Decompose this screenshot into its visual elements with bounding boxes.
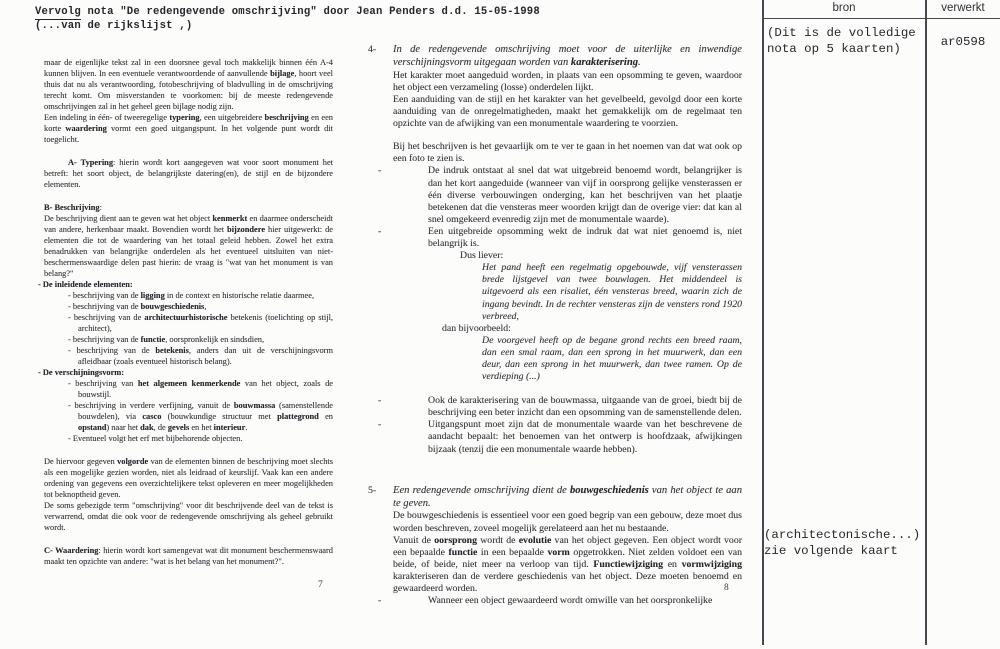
register-column-divider (925, 0, 927, 645)
paragraph: - beschrijving van de bouwgeschiedenis, (78, 301, 333, 312)
page-8-column: 4-In de redengevende omschrijving moet v… (368, 43, 742, 607)
paragraph: - beschrijving van de architectuurhistor… (78, 312, 333, 334)
register-header-verwerkt: verwerkt (926, 2, 1000, 14)
paragraph: - beschrijving van de functie, oorspronk… (78, 334, 333, 345)
dash-bullet: - (378, 226, 381, 238)
paragraph: - De inleidende elementen: (38, 279, 333, 290)
paragraph: dan bijvoorbeeld: (442, 323, 742, 335)
paragraph: De hiervoor gegeven volgorde van de elem… (44, 456, 333, 500)
bron-note-bottom-line2: zie volgende kaart (764, 543, 920, 559)
dash-bullet: - (378, 595, 381, 607)
paragraph: - beschrijving in verdere verfijning, va… (78, 400, 333, 433)
paragraph: B- Beschrijving: (44, 202, 333, 213)
document-title: Vervolg nota "De redengevende omschrijvi… (35, 5, 540, 33)
paragraph: De bouwgeschiedenis is essentieel voor e… (393, 510, 742, 534)
numbered-item: 4-In de redengevende omschrijving moet v… (393, 43, 742, 70)
register-header-underline (762, 18, 1000, 19)
paragraph: De beschrijving dient aan te geven wat h… (44, 213, 333, 279)
paragraph: - beschrijving van het algemeen kenmerke… (78, 378, 333, 400)
paragraph: Dus liever: (460, 250, 742, 262)
paragraph: -De indruk ontstaat al snel dat wat uitg… (428, 165, 742, 225)
page-number-8: 8 (724, 583, 729, 593)
paragraph: Vanuit de oorsprong wordt de evolutie va… (393, 535, 742, 595)
item-number: 5- (368, 484, 376, 497)
paragraph: Het karakter moet aangeduid worden, in p… (393, 70, 742, 94)
title-line1-rest: nota "De redengevende omschrijving" door… (81, 6, 540, 18)
paragraph: Bij het beschrijven is het gevaarlijk om… (393, 141, 742, 165)
paragraph: De soms gebezigde term "omschrijving" vo… (44, 500, 333, 533)
paragraph: maar de eigenlijke tekst zal in een door… (44, 57, 333, 112)
paragraph: De voorgevel heeft op de begane grond re… (482, 335, 742, 383)
dash-bullet: - (378, 165, 381, 177)
numbered-item: 5-Een redengevende omschrijving dient de… (393, 484, 742, 511)
paragraph: -Uitgangspunt moet zijn dat de monumenta… (428, 419, 742, 455)
title-line1: Vervolg nota "De redengevende omschrijvi… (35, 5, 540, 19)
paragraph: A- Typering: hierin wordt kort aangegeve… (44, 157, 333, 190)
paragraph: - beschrijving van de betekenis, anders … (78, 345, 333, 367)
paragraph: - beschrijving van de ligging in de cont… (78, 290, 333, 301)
paragraph: Een indeling in één- of tweeregelige typ… (44, 112, 333, 145)
dash-bullet: - (378, 395, 381, 407)
bron-note-bottom-line1: (architectonische...) (764, 527, 920, 543)
paragraph: - Eventueel volgt het erf met bijbehoren… (78, 433, 333, 444)
verwerkt-value: ar0598 (926, 34, 1000, 50)
bron-note-top-line2: nota op 5 kaarten) (767, 41, 916, 57)
page-number-7: 7 (318, 580, 323, 590)
paragraph: -Een uitgebreide opsomming wekt de indru… (428, 226, 742, 250)
item-number: 4- (368, 43, 376, 56)
paragraph: C- Waardering: hierin wordt kort samenge… (44, 545, 333, 567)
bron-note-top-line1: (Dit is de volledige (767, 25, 916, 41)
paragraph: -Wanneer een object gewaardeerd wordt om… (428, 595, 742, 607)
paragraph: Een aanduiding van de stijl en het karak… (393, 94, 742, 130)
bron-note-bottom: (architectonische...) zie volgende kaart (764, 527, 920, 559)
paragraph: - De verschijningsvorm: (38, 367, 333, 378)
paragraph: Het pand heeft een regelmatig opgebouwde… (482, 262, 742, 322)
bron-note-top: (Dit is de volledige nota op 5 kaarten) (767, 25, 916, 57)
register-header-bron: bron (763, 2, 925, 14)
title-line2: (...van de rijkslijst ,) (35, 19, 540, 33)
page-7-column: maar de eigenlijke tekst zal in een door… (35, 57, 333, 567)
dash-bullet: - (378, 419, 381, 431)
title-underlined-word: Vervolg (35, 6, 81, 20)
scanned-document-page: Vervolg nota "De redengevende omschrijvi… (0, 0, 1000, 649)
paragraph: -Ook de karakterisering van de bouwmassa… (428, 395, 742, 419)
